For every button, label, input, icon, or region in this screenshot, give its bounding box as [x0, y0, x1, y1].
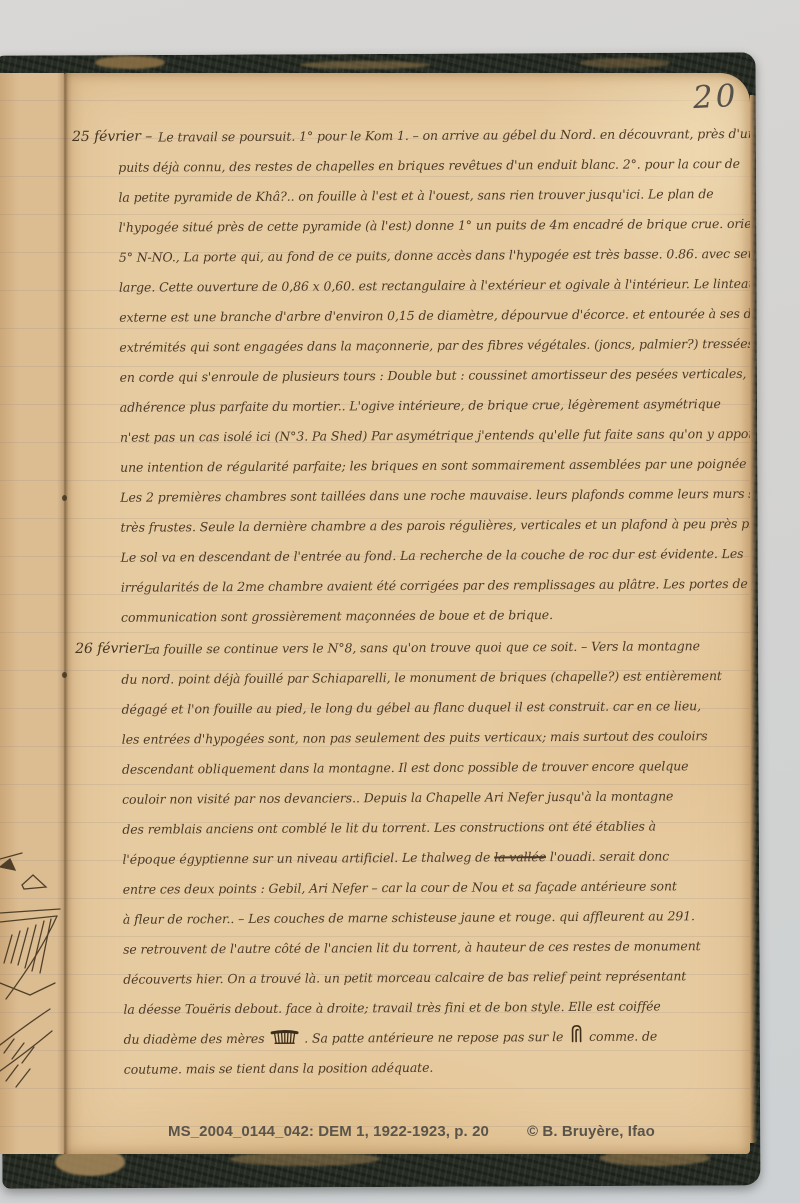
manuscript-line: une intention de régularité parfaite; le…	[64, 449, 747, 483]
manuscript-line: externe est une branche d'arbre d'enviro…	[64, 299, 746, 333]
archive-caption: MS_2004_0144_042: DEM 1, 1922-1923, p. 2…	[168, 1123, 655, 1140]
binding-fold	[57, 73, 72, 1154]
manuscript-line: 5° N-NO., La porte qui, au fond de ce pu…	[64, 239, 746, 273]
manuscript-line: irrégularités de la 2me chambre avaient …	[64, 569, 748, 603]
manuscript-line: l'hypogée situé près de cette pyramide (…	[64, 209, 746, 243]
facing-page-edge	[0, 73, 64, 1154]
manuscript-line: la déesse Touëris debout. face à droite;…	[66, 991, 750, 1025]
manuscript-line: la petite pyramide de Khâ?.. on fouille …	[64, 179, 746, 213]
manuscript-line: communication sont grossièrement maçonné…	[64, 599, 748, 633]
notebook-page: 20 25 février –Le travail se poursuit. 1…	[64, 73, 750, 1154]
manuscript-line: La fouille se continue vers le N°8, sans…	[64, 631, 748, 665]
page-stack-edge	[750, 95, 757, 1143]
entry-date: 26 février –	[75, 641, 155, 657]
caption-copyright: © B. Bruyère, Ifao	[527, 1123, 655, 1140]
marginal-landscape-sketch	[0, 813, 62, 1113]
entry-date: 25 février –	[72, 129, 152, 145]
journal-entry: 26 février –La fouille se continue vers …	[64, 631, 750, 1085]
manuscript-line: découverts hier. On a trouvé là. un peti…	[66, 961, 750, 995]
manuscript-line: dégagé et l'on fouille au pied, le long …	[64, 691, 748, 725]
struck-through-text: la vallée	[494, 849, 546, 864]
journal-entry: 25 février –Le travail se poursuit. 1° p…	[64, 119, 748, 633]
hieroglyph-feather-crown-icon	[270, 1030, 298, 1045]
manuscript-line: très frustes. Seule la dernière chambre …	[64, 509, 748, 543]
manuscript-line: Le sol va en descendant de l'entrée au f…	[64, 539, 748, 573]
manuscript-line: du diadème des mères . Sa patte antérieu…	[67, 1021, 750, 1055]
manuscript-line: n'est pas un cas isolé ici (N°3. Pa Shed…	[64, 419, 747, 453]
manuscript-line: extrémités qui sont engagées dans la maç…	[64, 329, 746, 363]
manuscript-line: en corde qui s'enroule de plusieurs tour…	[64, 359, 747, 393]
manuscript-line: à fleur de rocher.. – Les couches de mar…	[66, 901, 750, 935]
manuscript-line: adhérence plus parfaite du mortier.. L'o…	[64, 389, 747, 423]
hieroglyph-sa-protection-icon	[569, 1024, 583, 1043]
manuscript-line: large. Cette ouverture de 0,86 x 0,60. e…	[64, 269, 746, 303]
scanned-notebook-photo: 20 25 février –Le travail se poursuit. 1…	[0, 0, 800, 1203]
cover-wear	[95, 56, 165, 69]
cover-wear	[300, 61, 430, 69]
manuscript-line: descendant obliquement dans la montagne.…	[65, 751, 749, 785]
manuscript-line: entre ces deux points : Gebil, Ari Nefer…	[66, 871, 750, 905]
manuscript-line: coutume. mais se tient dans la position …	[67, 1051, 750, 1085]
manuscript-line: des remblais anciens ont comblé le lit d…	[65, 811, 749, 845]
manuscript-line: se retrouvent de l'autre côté de l'ancie…	[66, 931, 750, 965]
cover-wear	[230, 1152, 380, 1166]
manuscript-text: 25 février –Le travail se poursuit. 1° p…	[64, 73, 750, 1154]
manuscript-line: les entrées d'hypogées sont, non pas seu…	[65, 721, 749, 755]
caption-reference: MS_2004_0144_042: DEM 1, 1922-1923, p. 2…	[168, 1123, 489, 1140]
manuscript-line: couloir non visité par nos devanciers.. …	[65, 781, 749, 815]
manuscript-line: l'époque égyptienne sur un niveau artifi…	[65, 841, 749, 875]
cover-wear	[580, 58, 670, 68]
manuscript-line: Le travail se poursuit. 1° pour le Kom 1…	[64, 119, 745, 153]
manuscript-line: puits déjà connu, des restes de chapelle…	[64, 149, 745, 183]
manuscript-line: Les 2 premières chambres sont taillées d…	[64, 479, 747, 513]
manuscript-line: du nord. point déjà fouillé par Schiapar…	[64, 661, 748, 695]
